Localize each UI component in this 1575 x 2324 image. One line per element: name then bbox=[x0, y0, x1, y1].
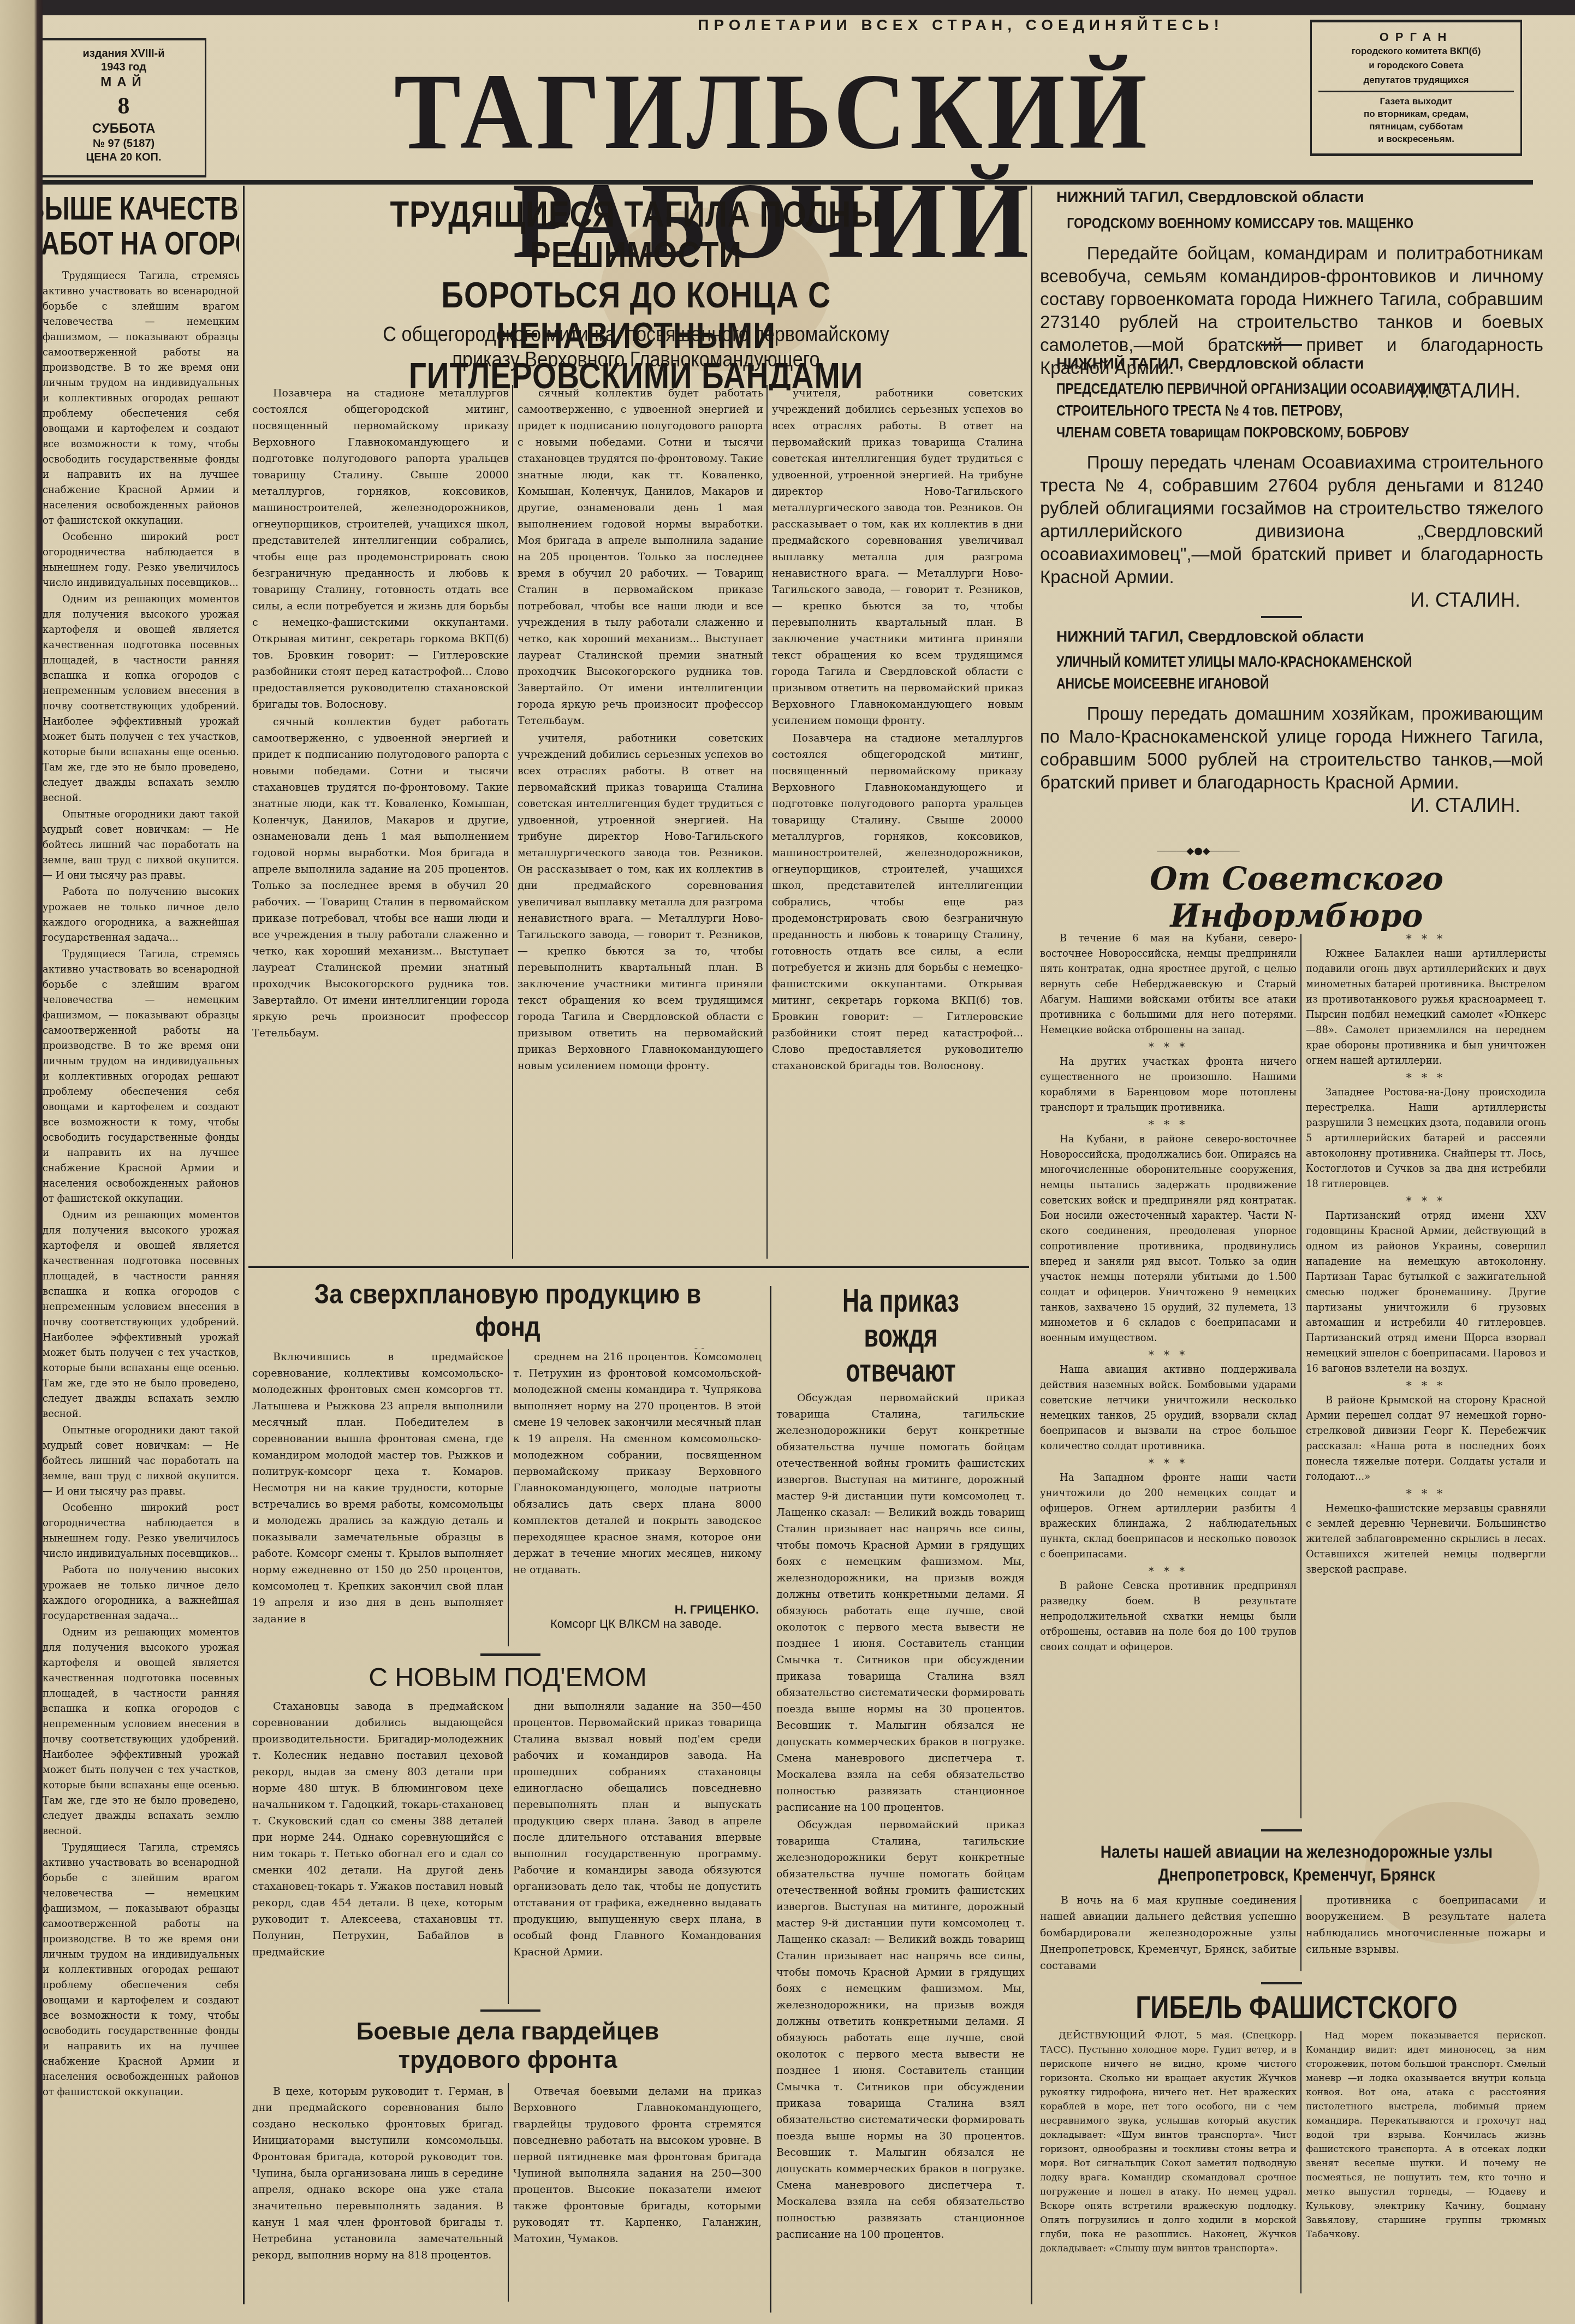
telegram-addressee-block: ПРЕДСЕДАТЕЛЮ ПЕРВИЧНОЙ ОРГАНИЗАЦИИ ОСОАВ… bbox=[1040, 378, 1553, 443]
new-rise-col-2: дни выполняли задание на 350—450 процент… bbox=[513, 1698, 762, 2004]
schedule-line: пятницам, субботам bbox=[1312, 121, 1520, 133]
paragraph: На других участках фронта ничего существ… bbox=[1040, 1054, 1297, 1116]
left-article: ВЫШЕ КАЧЕСТВО РАБОТ НА ОГОРОДАХ Трудящие… bbox=[43, 191, 239, 2310]
ornament-rule bbox=[1261, 616, 1302, 618]
author-role: Комсорг ЦК ВЛКСМ на заводе. bbox=[513, 1617, 759, 1631]
transport-col-1: ДЕЙСТВУЮЩИЙ ФЛОТ, 5 мая. (Спецкорр. ТАСС… bbox=[1040, 2029, 1297, 2313]
publisher-line: депутатов трудящихся bbox=[1312, 73, 1520, 87]
ornament-rule bbox=[1261, 1982, 1302, 1984]
air-raid-col-2: противника с боеприпасами и вооружением.… bbox=[1306, 1892, 1546, 1974]
issue-info-box: издания XVIII-й 1943 год МАЙ 8 СУББОТА №… bbox=[43, 38, 206, 177]
masthead-rule bbox=[43, 180, 1533, 185]
edition-year: издания XVIII-й bbox=[43, 47, 205, 61]
section-rule bbox=[248, 1266, 1029, 1268]
paragraph: В районе Крымской на сторону Красной Арм… bbox=[1306, 1393, 1546, 1485]
paragraph: На Кубани, в районе северо-восточнее Нов… bbox=[1040, 1132, 1297, 1346]
order-body: Обсуждая первомайский приказ товарища Ст… bbox=[776, 1390, 1025, 2313]
sovinformburo-col-1: В течение 6 мая на Кубани, северо-восточ… bbox=[1040, 931, 1297, 1816]
fund-signature: Н. ГРИЦЕНКО. Комсорг ЦК ВЛКСМ на заводе. bbox=[513, 1603, 759, 1646]
stars-separator: * * * bbox=[1306, 1486, 1546, 1501]
schedule-line: по вторникам, средам, bbox=[1312, 108, 1520, 121]
paragraph: Партизанский отряд имени XXV годовщины К… bbox=[1306, 1208, 1546, 1377]
fund-col-1: Включившись в предмайское соревнование, … bbox=[252, 1349, 503, 1646]
day: 8 bbox=[43, 91, 205, 121]
slogan: ПРОЛЕТАРИИ ВСЕХ СТРАН, СОЕДИНЯЙТЕСЬ! bbox=[639, 16, 1283, 34]
column-rule bbox=[770, 1286, 771, 2313]
paragraph: Западнее Ростова-на-Дону происходила пер… bbox=[1306, 1085, 1546, 1192]
paragraph: В районе Севска противник предпринял раз… bbox=[1040, 1579, 1297, 1655]
top-dark-edge bbox=[0, 0, 1575, 15]
telegram-signature: И. СТАЛИН. bbox=[1040, 794, 1553, 817]
stars-separator: * * * bbox=[1040, 1563, 1297, 1579]
fund-col-2: среднем на 216 процентов. Комсомолец т. … bbox=[513, 1349, 762, 1589]
column-rule bbox=[243, 186, 245, 2304]
weekday: СУББОТА bbox=[43, 121, 205, 137]
air-raid-headline: Налеты нашей авиации на железнодорожные … bbox=[1071, 1840, 1522, 1886]
guards-col-2: Отвечая боевыми делами на приказ Верховн… bbox=[513, 2083, 762, 2313]
telegram-addressee: УЛИЧНЫЙ КОМИТЕТ УЛИЦЫ МАЛО-КРАСНОКАМЕНСК… bbox=[1056, 651, 1464, 673]
column-rule bbox=[508, 1698, 509, 2004]
air-raid-col-1: В ночь на 6 мая крупные соединения нашей… bbox=[1040, 1892, 1297, 1974]
telegram-addressee: ПРЕДСЕДАТЕЛЮ ПЕРВИЧНОЙ ОРГАНИЗАЦИИ ОСОАВ… bbox=[1056, 378, 1464, 400]
main-article-col-1: Позавчера на стадионе металлургов состоя… bbox=[252, 385, 509, 1259]
telegram-text: Прошу передать домашним хозяйкам, прожив… bbox=[1040, 702, 1553, 794]
newspaper-page: ПРОЛЕТАРИИ ВСЕХ СТРАН, СОЕДИНЯЙТЕСЬ! ТАГ… bbox=[0, 0, 1575, 2324]
column-rule bbox=[1031, 186, 1032, 2304]
telegram-signature: И. СТАЛИН. bbox=[1040, 589, 1553, 612]
telegram-3: НИЖНИЙ ТАГИЛ, Свердловской области УЛИЧН… bbox=[1040, 628, 1553, 852]
publisher-info-box: ОРГАН городского комитета ВКП(б) и город… bbox=[1310, 20, 1522, 156]
divider bbox=[1318, 91, 1514, 92]
transport-headline: ГИБЕЛЬ ФАШИСТСКОГО ТРАНСПОРТА bbox=[1086, 1990, 1507, 2029]
left-article-body: Трудящиеся Тагила, стремясь активно учас… bbox=[43, 269, 239, 2100]
transport-headline-block: ГИБЕЛЬ ФАШИСТСКОГО ТРАНСПОРТА bbox=[1040, 1990, 1553, 2029]
binding-spine bbox=[0, 0, 43, 2324]
transport-col-2: Над морем показывается перископ. Команди… bbox=[1306, 2029, 1546, 2313]
year: 1943 год bbox=[43, 61, 205, 74]
author-name: Н. ГРИЦЕНКО. bbox=[513, 1603, 759, 1617]
column-rule bbox=[1300, 2031, 1301, 2293]
order-headline-block: На приказ вождя отвечают конкретными обя… bbox=[775, 1283, 1026, 1398]
price: ЦЕНА 20 КОП. bbox=[43, 151, 205, 164]
new-rise-col-1: Стахановцы завода в предмайском соревнов… bbox=[252, 1698, 503, 2004]
ornament-rule bbox=[1261, 1829, 1302, 1831]
column-rule bbox=[766, 385, 768, 1259]
main-article-col-2: сячный коллектив будет работать самоотве… bbox=[518, 385, 763, 1259]
publisher-line: и городского Совета bbox=[1312, 58, 1520, 73]
sovinformburo-title: От Советского Информбюро bbox=[1040, 860, 1553, 931]
stars-separator: * * * bbox=[1040, 1455, 1297, 1471]
telegram-addressee: СТРОИТЕЛЬНОГО ТРЕСТА № 4 тов. ПЕТРОВУ, bbox=[1056, 400, 1464, 422]
stars-separator: * * * bbox=[1306, 1193, 1546, 1208]
publisher-line: городского комитета ВКП(б) bbox=[1312, 44, 1520, 58]
stars-separator: * * * bbox=[1040, 1347, 1297, 1362]
paragraph: Немецко-фашистские мерзавцы сравняли с з… bbox=[1306, 1501, 1546, 1578]
diamond-ornament-icon: ―――◆●◆――― bbox=[1119, 849, 1277, 853]
stars-separator: * * * bbox=[1306, 931, 1546, 946]
air-raid-headline-block: Налеты нашей авиации на железнодорожные … bbox=[1040, 1840, 1553, 1889]
main-article-col-3: учителя, работники советских учреждений … bbox=[772, 385, 1023, 1259]
schedule-line: и воскресеньям. bbox=[1312, 133, 1520, 146]
issue-number: № 97 (5187) bbox=[43, 137, 205, 151]
telegram-2: НИЖНИЙ ТАГИЛ, Свердловской области ПРЕДС… bbox=[1040, 355, 1553, 622]
telegram-city: НИЖНИЙ ТАГИЛ, Свердловской области bbox=[1040, 188, 1553, 206]
column-rule bbox=[1300, 1895, 1301, 1971]
new-rise-headline: С НОВЫМ ПОД'ЕМОМ bbox=[248, 1663, 767, 1693]
main-subhead: С общегородского митинга, посвященного п… bbox=[287, 322, 985, 372]
paragraph: Наша авиация активно поддерживала действ… bbox=[1040, 1362, 1297, 1454]
new-rise-headline-block: С НОВЫМ ПОД'ЕМОМ bbox=[248, 1663, 767, 1701]
stars-separator: * * * bbox=[1306, 1070, 1546, 1085]
telegram-city: НИЖНИЙ ТАГИЛ, Свердловской области bbox=[1040, 355, 1553, 372]
stars-separator: * * * bbox=[1040, 1039, 1297, 1054]
sovinformburo-header: От Советского Информбюро Вечернее сообще… bbox=[1040, 860, 1553, 931]
fund-headline: За сверхплановую продукцию в фонд Главно… bbox=[280, 1278, 736, 1349]
column-rule bbox=[1300, 934, 1301, 1818]
guards-headline: Боевые дела гвардейцев трудового фронта bbox=[248, 2018, 767, 2074]
schedule-line: Газета выходит bbox=[1312, 96, 1520, 108]
guards-headline-block: Боевые дела гвардейцев трудового фронта bbox=[248, 2018, 767, 2078]
telegram-text: Прошу передать членам Осоавиахима строит… bbox=[1040, 451, 1553, 589]
main-subhead-block: С общегородского митинга, посвященного п… bbox=[248, 322, 1024, 382]
column-rule bbox=[508, 2083, 509, 2302]
left-article-title: ВЫШЕ КАЧЕСТВО РАБОТ НА ОГОРОДАХ bbox=[43, 191, 192, 261]
telegram-addressee: ЧЛЕНАМ СОВЕТА товарищам ПОКРОВСКОМУ, БОБ… bbox=[1056, 422, 1464, 443]
ornament-rule bbox=[480, 1653, 540, 1656]
month: МАЙ bbox=[43, 74, 205, 91]
stars-separator: * * * bbox=[1040, 1117, 1297, 1132]
stars-separator: * * * bbox=[1306, 1378, 1546, 1393]
paragraph: На Западном фронте наши части уничтожили… bbox=[1040, 1471, 1297, 1562]
organ-label: ОРГАН bbox=[1312, 30, 1520, 44]
fund-headline-block: За сверхплановую продукцию в фонд Главно… bbox=[248, 1278, 767, 1349]
guards-col-1: В цехе, которым руководит т. Герман, в д… bbox=[252, 2083, 503, 2313]
column-rule bbox=[508, 1349, 509, 1646]
ornament-rule bbox=[480, 2009, 540, 2012]
order-headline: На приказ вождя отвечают конкретными обя… bbox=[810, 1283, 991, 1398]
sovinformburo-col-2: * * * Южнее Балаклеи наши артиллеристы п… bbox=[1306, 931, 1546, 1816]
telegram-addressee: ГОРОДСКОМУ ВОЕННОМУ КОМИССАРУ тов. МАЩЕН… bbox=[1040, 212, 1461, 234]
column-rule bbox=[512, 385, 513, 1259]
telegram-addressee-block: УЛИЧНЫЙ КОМИТЕТ УЛИЦЫ МАЛО-КРАСНОКАМЕНСК… bbox=[1040, 651, 1553, 695]
telegram-addressee: АНИСЬЕ МОИСЕЕВНЕ ИГАНОВОЙ bbox=[1056, 673, 1464, 695]
telegram-city: НИЖНИЙ ТАГИЛ, Свердловской области bbox=[1040, 628, 1553, 645]
ornament-rule bbox=[1261, 344, 1302, 346]
